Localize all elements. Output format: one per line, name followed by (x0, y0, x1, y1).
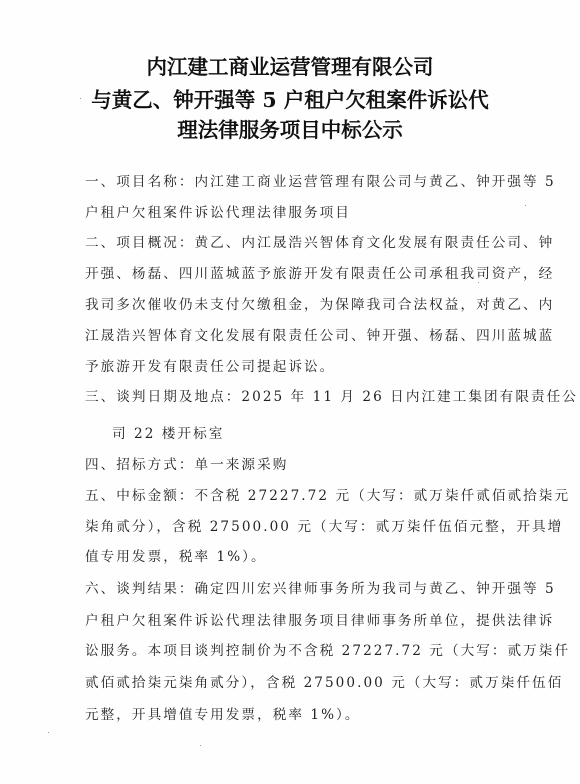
section-winning-amount-line: 值专用发票，税率 1%）。 (85, 547, 515, 567)
section-negotiation-result-line: 贰佰贰拾柒元柒角贰分），含税 27500.00 元（大写：贰万柒仟伍佰 (85, 673, 515, 693)
section-project-overview-line: 开强、杨磊、四川蓝城蓝予旅游开发有限责任公司承租我司资产，经 (85, 264, 515, 284)
section-negotiation-date-line: 三、谈判日期及地点：2025 年 11 月 26 日内江建工集团有限责任公 (85, 387, 515, 407)
section-winning-amount-line: 柒角贰分），含税 27500.00 元（大写：贰万柒仟伍佰元整，开具增 (85, 517, 515, 537)
section-bidding-method-line: 四、招标方式：单一来源采购 (85, 455, 515, 475)
section-project-name-line: 一、项目名称：内江建工商业运营管理有限公司与黄乙、钟开强等 5 (85, 172, 515, 192)
section-winning-amount-line: 五、中标金额：不含税 27227.72 元（大写：贰万柒仟贰佰贰拾柒元 (85, 486, 515, 506)
document-page: 内江建工商业运营管理有限公司 与黄乙、钟开强等 5 户租户欠租案件诉讼代 理法律… (0, 0, 580, 784)
scan-speck (525, 205, 526, 206)
title-line-3: 理法律服务项目中标公示 (0, 114, 580, 146)
section-negotiation-result-line: 户租户欠租案件诉讼代理法律服务项目律师事务所单位，提供法律诉 (85, 611, 515, 631)
section-project-overview-line: 予旅游开发有限责任公司提起诉讼。 (85, 357, 515, 377)
section-negotiation-result-line: 讼服务。本项目谈判控制价为不含税 27227.72 元（大写：贰万柒仟 (85, 641, 515, 661)
section-negotiation-result-line: 六、谈判结果：确定四川宏兴律师事务所为我司与黄乙、钟开强等 5 (85, 579, 515, 599)
title-line-2: 与黄乙、钟开强等 5 户租户欠租案件诉讼代 (0, 84, 580, 116)
section-project-name-line: 户租户欠租案件诉讼代理法律服务项目 (85, 203, 515, 223)
section-project-overview-line: 我司多次催收仍未支付欠缴租金，为保障我司合法权益，对黄乙、内 (85, 295, 515, 315)
scan-speck (478, 282, 479, 283)
section-project-overview-line: 二、项目概况：黄乙、内江晟浩兴智体育文化发展有限责任公司、钟 (85, 233, 515, 253)
scan-speck (48, 732, 49, 733)
title-line-1: 内江建工商业运营管理有限公司 (0, 51, 580, 83)
section-project-overview-line: 江晟浩兴智体育文化发展有限责任公司、钟开强、杨磊、四川蓝城蓝 (85, 326, 515, 346)
section-negotiation-result-line: 元整，开具增值专用发票，税率 1%）。 (85, 705, 515, 725)
section-negotiation-date-line: 司 22 楼开标室 (112, 424, 542, 444)
scan-speck (200, 745, 201, 746)
scan-speck (80, 98, 81, 99)
